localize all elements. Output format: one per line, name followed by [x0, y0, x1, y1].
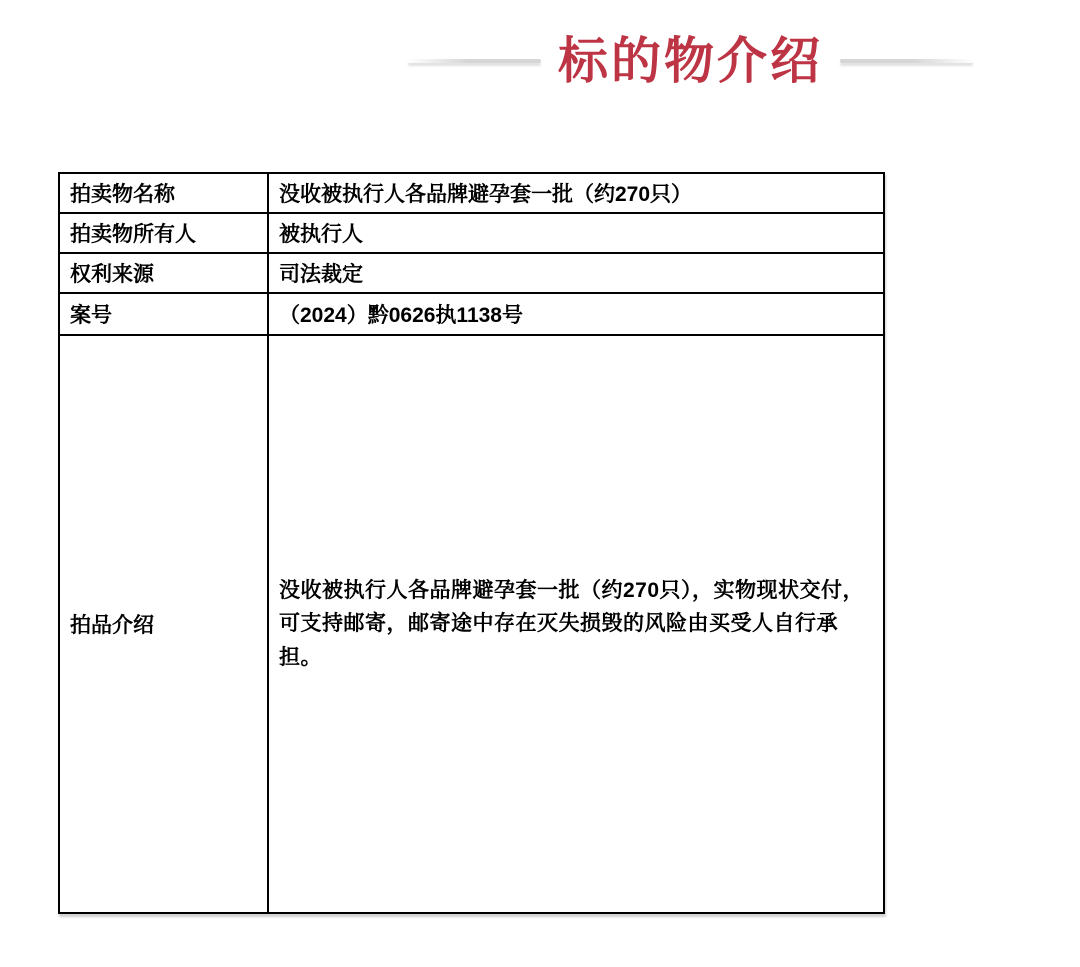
row-value-case-number: （2024）黔0626执1138号: [268, 293, 884, 335]
row-label-auction-item-name: 拍卖物名称: [59, 173, 268, 213]
row-value-auction-item-owner: 被执行人: [268, 213, 884, 253]
title-decor-line-right: [840, 59, 973, 63]
table-row-auction-item-name: 拍卖物名称 没收被执行人各品牌避孕套一批（约270只）: [59, 173, 884, 213]
table-row-case-number: 案号 （2024）黔0626执1138号: [59, 293, 884, 335]
row-value-item-description: 没收被执行人各品牌避孕套一批（约270只），实物现状交付，可支持邮寄，邮寄途中存…: [268, 335, 884, 913]
row-label-auction-item-owner: 拍卖物所有人: [59, 213, 268, 253]
row-value-auction-item-name: 没收被执行人各品牌避孕套一批（约270只）: [268, 173, 884, 213]
row-value-rights-source: 司法裁定: [268, 253, 884, 293]
title-block: 标的物介绍: [408, 30, 973, 93]
table-row-item-description: 拍品介绍 没收被执行人各品牌避孕套一批（约270只），实物现状交付，可支持邮寄，…: [59, 335, 884, 913]
auction-info-table: 拍卖物名称 没收被执行人各品牌避孕套一批（约270只） 拍卖物所有人 被执行人 …: [58, 172, 885, 914]
table-row-rights-source: 权利来源 司法裁定: [59, 253, 884, 293]
row-label-item-description: 拍品介绍: [59, 335, 268, 913]
page-title: 标的物介绍: [558, 30, 823, 93]
table-row-auction-item-owner: 拍卖物所有人 被执行人: [59, 213, 884, 253]
row-label-rights-source: 权利来源: [59, 253, 268, 293]
row-label-case-number: 案号: [59, 293, 268, 335]
title-decor-line-left: [408, 59, 541, 63]
